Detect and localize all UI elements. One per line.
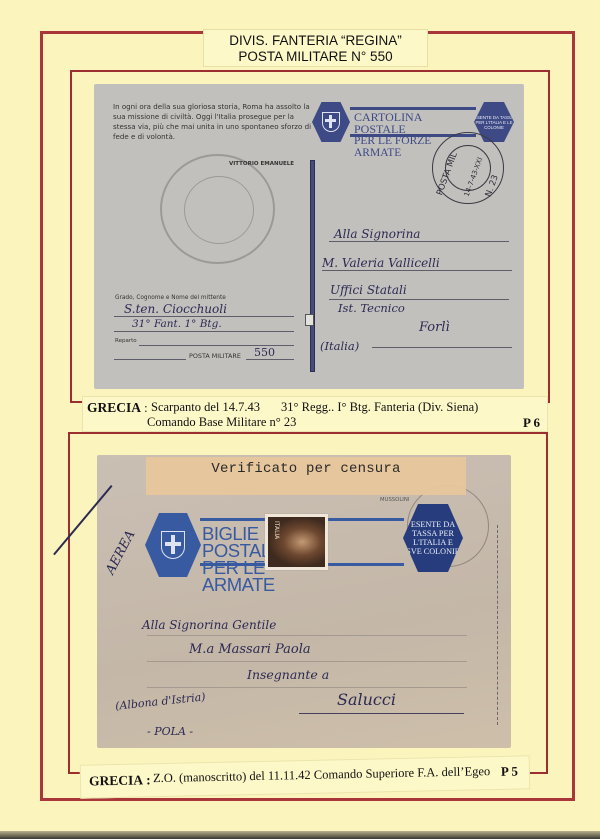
address-line-1: Alla Signorina Gentile xyxy=(142,618,276,632)
pm-line-left xyxy=(114,359,186,360)
savoy-crest-icon xyxy=(145,513,201,577)
page-bottom-edge xyxy=(0,831,600,839)
address-rule-4 xyxy=(299,713,464,714)
sender-note: (Albona d'Istria) xyxy=(115,690,207,712)
exempt-line-3: L'ITALIA E xyxy=(406,538,459,547)
airmail-note: AEREA xyxy=(103,528,139,577)
address-line-4: Salucci xyxy=(337,690,396,709)
lettercard-forze-armate[interactable]: MUSSOLINI AEREA BIGLIEPOSTALE PER LEARMA… xyxy=(97,455,511,748)
address-line-2: M.a Massari Paola xyxy=(189,642,311,657)
address-rule-1 xyxy=(329,241,509,242)
address-line-2: M. Valeria Vallicelli xyxy=(322,256,440,270)
fasces-divider-icon xyxy=(310,160,315,372)
pm-line-right xyxy=(246,359,294,360)
exempt-line-2: TASSA PER xyxy=(406,529,459,538)
motto-signature: VITTORIO EMANUELE xyxy=(229,161,294,167)
stamp-text: ITALIA xyxy=(273,521,280,539)
sender-line-2 xyxy=(114,331,294,332)
caption-colon: : xyxy=(146,772,151,787)
address-line-3: Uffici Statali xyxy=(330,283,407,297)
address-rule-4 xyxy=(372,347,512,348)
caption-description: Z.O. (manoscritto) del 11.11.42 Comando … xyxy=(153,764,490,786)
censorship-strip: Verificato per censura xyxy=(146,457,466,495)
address-rule-3 xyxy=(147,687,467,688)
address-rule-2 xyxy=(147,661,467,662)
address-rule-1 xyxy=(147,635,467,636)
caption-place-date: Scarpanto del 14.7.43 xyxy=(151,400,260,415)
address-rule-3 xyxy=(329,299,509,300)
exempt-line-4: SVE COLONIE xyxy=(406,547,459,556)
postmark-posta-militare: POSTA MIL 14-7-43-XXI N. 23 xyxy=(432,132,504,204)
address-line-5: Forlì xyxy=(419,320,450,335)
sender-unit: 31° Fant. 1° Btg. xyxy=(132,318,222,330)
page-title: DIVIS. FANTERIA “REGINA” POSTA MILITARE … xyxy=(203,29,428,67)
page-title-line1: DIVIS. FANTERIA “REGINA” xyxy=(204,33,427,49)
posta-militare-number: 550 xyxy=(254,346,275,359)
posta-militare-label: POSTA MILITARE xyxy=(189,352,241,360)
sender-line-1 xyxy=(114,316,294,317)
postcard-forze-armate[interactable]: In ogni ora della sua gloriosa storia, R… xyxy=(94,84,524,389)
caption-country: GRECIA xyxy=(89,772,143,788)
postage-stamp: ITALIA xyxy=(265,514,328,570)
address-line-1: Alla Signorina xyxy=(334,227,420,241)
caption-page-number: P 5 xyxy=(501,764,518,780)
exempt-line-1: ESENTE DA xyxy=(406,520,459,529)
address-line-4: Ist. Tecnico xyxy=(338,301,405,315)
savoy-crest-icon xyxy=(312,102,350,142)
card-title-line1: CARTOLINA POSTALE xyxy=(354,111,476,135)
caption-page-number: P 6 xyxy=(523,415,540,431)
divider-tab xyxy=(305,314,314,326)
sender-note-city: - POLA - xyxy=(147,725,193,738)
sender-name: S.ten. Ciocchuoli xyxy=(124,302,227,316)
card-motto-text: In ogni ora della sua gloriosa storia, R… xyxy=(113,102,313,142)
perforation-line xyxy=(497,525,498,725)
page-title-line2: POSTA MILITARE N° 550 xyxy=(204,49,427,65)
item1-caption: GRECIA : Scarpanto del 14.7.43 31° Regg.… xyxy=(82,396,548,432)
address-line-6: (Italia) xyxy=(320,339,359,353)
address-line-3: Insegnante a xyxy=(247,667,329,682)
address-rule-2 xyxy=(322,270,512,271)
caption-colon: : xyxy=(144,401,147,415)
caption-command: Comando Base Militare n° 23 xyxy=(147,415,296,430)
reparto-label: Reparto xyxy=(115,338,137,344)
sender-label: Grado, Cognome e Nome del mittente xyxy=(115,295,226,301)
caption-country: GRECIA xyxy=(87,400,141,415)
round-cachet-stamp xyxy=(160,154,275,264)
caption-unit: 31° Regg.. I° Btg. Fanteria (Div. Siena) xyxy=(281,400,478,415)
mussolini-caption: MUSSOLINI xyxy=(380,497,409,503)
